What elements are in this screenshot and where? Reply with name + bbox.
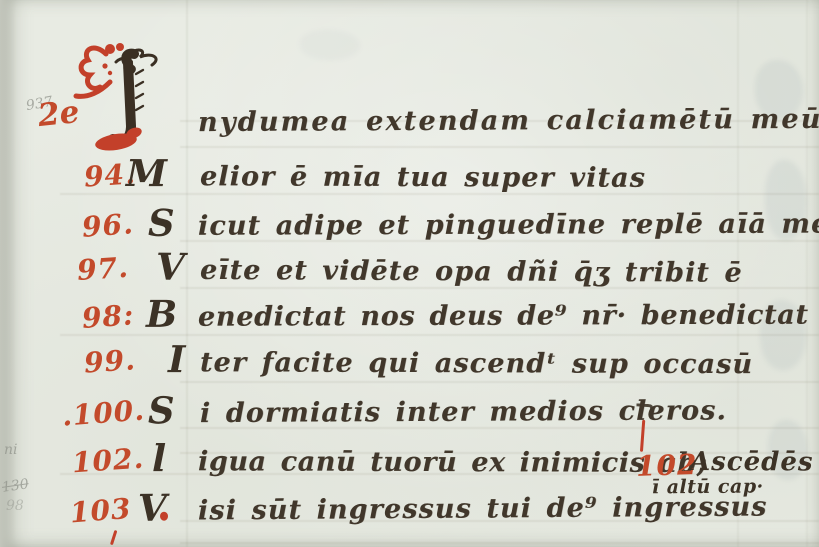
- verse-text: enedictat nos deus de⁹ nr̄· benedictat n…: [198, 299, 819, 332]
- red-verse-number: 96.: [81, 207, 135, 244]
- red-cadel-dot: [105, 44, 115, 54]
- verse-text: ter facite qui ascendᵗ sup occasū: [200, 347, 753, 380]
- text-line: 98: B enedictat nos deus de⁹ nr̄· benedi…: [0, 296, 819, 345]
- line-filler-stroke: [636, 403, 654, 418]
- red-face-eye: [108, 71, 112, 75]
- text-line: 97. V eīte et vidēte opa dñi q̄ʒ tribit …: [0, 250, 819, 300]
- red-verse-number: 99.: [83, 343, 137, 379]
- red-verse-number: 102.: [71, 442, 145, 480]
- verse-initial: l: [152, 436, 166, 480]
- verse-text: eīte et vidēte opa dñi q̄ʒ tribit ē: [200, 255, 743, 289]
- verse-text: elior ē mīa tua super vitas: [200, 161, 646, 194]
- text-line: 99. I ter facite qui ascendᵗ sup occasū: [0, 343, 819, 392]
- red-cadel-curls: [76, 48, 110, 96]
- verse-initial: S: [148, 201, 175, 245]
- red-verse-number: .100.: [61, 394, 146, 433]
- verse-text: nydumea extendam calciamētū meū: [198, 104, 819, 138]
- verse-initial: B: [146, 292, 177, 336]
- verse-initial: V: [156, 245, 185, 289]
- text-line: .100. S i dormiatis inter medios cleros.: [0, 391, 819, 441]
- red-verse-number: 97.: [76, 251, 130, 287]
- verse-initial: V: [138, 486, 167, 530]
- text-line: 103 V isi sūt ingressus tui de⁹ ingressu…: [0, 487, 819, 539]
- verse-initial: I: [168, 337, 185, 381]
- verse-text: igua canū tuorū ex inimicis ab;: [198, 446, 708, 479]
- initial-red-dot: [160, 512, 168, 521]
- manuscript-page: 937 2e ni 130 98 nydu: [0, 0, 819, 547]
- inline-insert-text: Ascēdēs: [690, 447, 814, 477]
- red-verse-number: 98:: [81, 298, 136, 335]
- inline-insert-subtext: ī altū cap·: [652, 476, 764, 499]
- text-line: nydumea extendam calciamētū meū: [0, 100, 819, 150]
- red-face-eye: [102, 63, 107, 68]
- bleed-through-mark: [300, 30, 360, 60]
- red-number-descender: [110, 530, 117, 545]
- text-line: 96. S icut adipe et pinguedīne replē aīā…: [0, 205, 819, 254]
- verse-text: icut adipe et pinguedīne replē aīā mea: [198, 208, 819, 241]
- red-cadel-dot: [116, 43, 124, 51]
- verse-initial: M: [126, 151, 167, 195]
- ruling-line: [180, 542, 819, 544]
- verse-initial: S: [148, 388, 175, 432]
- red-verse-number: 103: [69, 492, 133, 530]
- text-line: 94. M elior ē mīa tua super vitas: [0, 157, 819, 206]
